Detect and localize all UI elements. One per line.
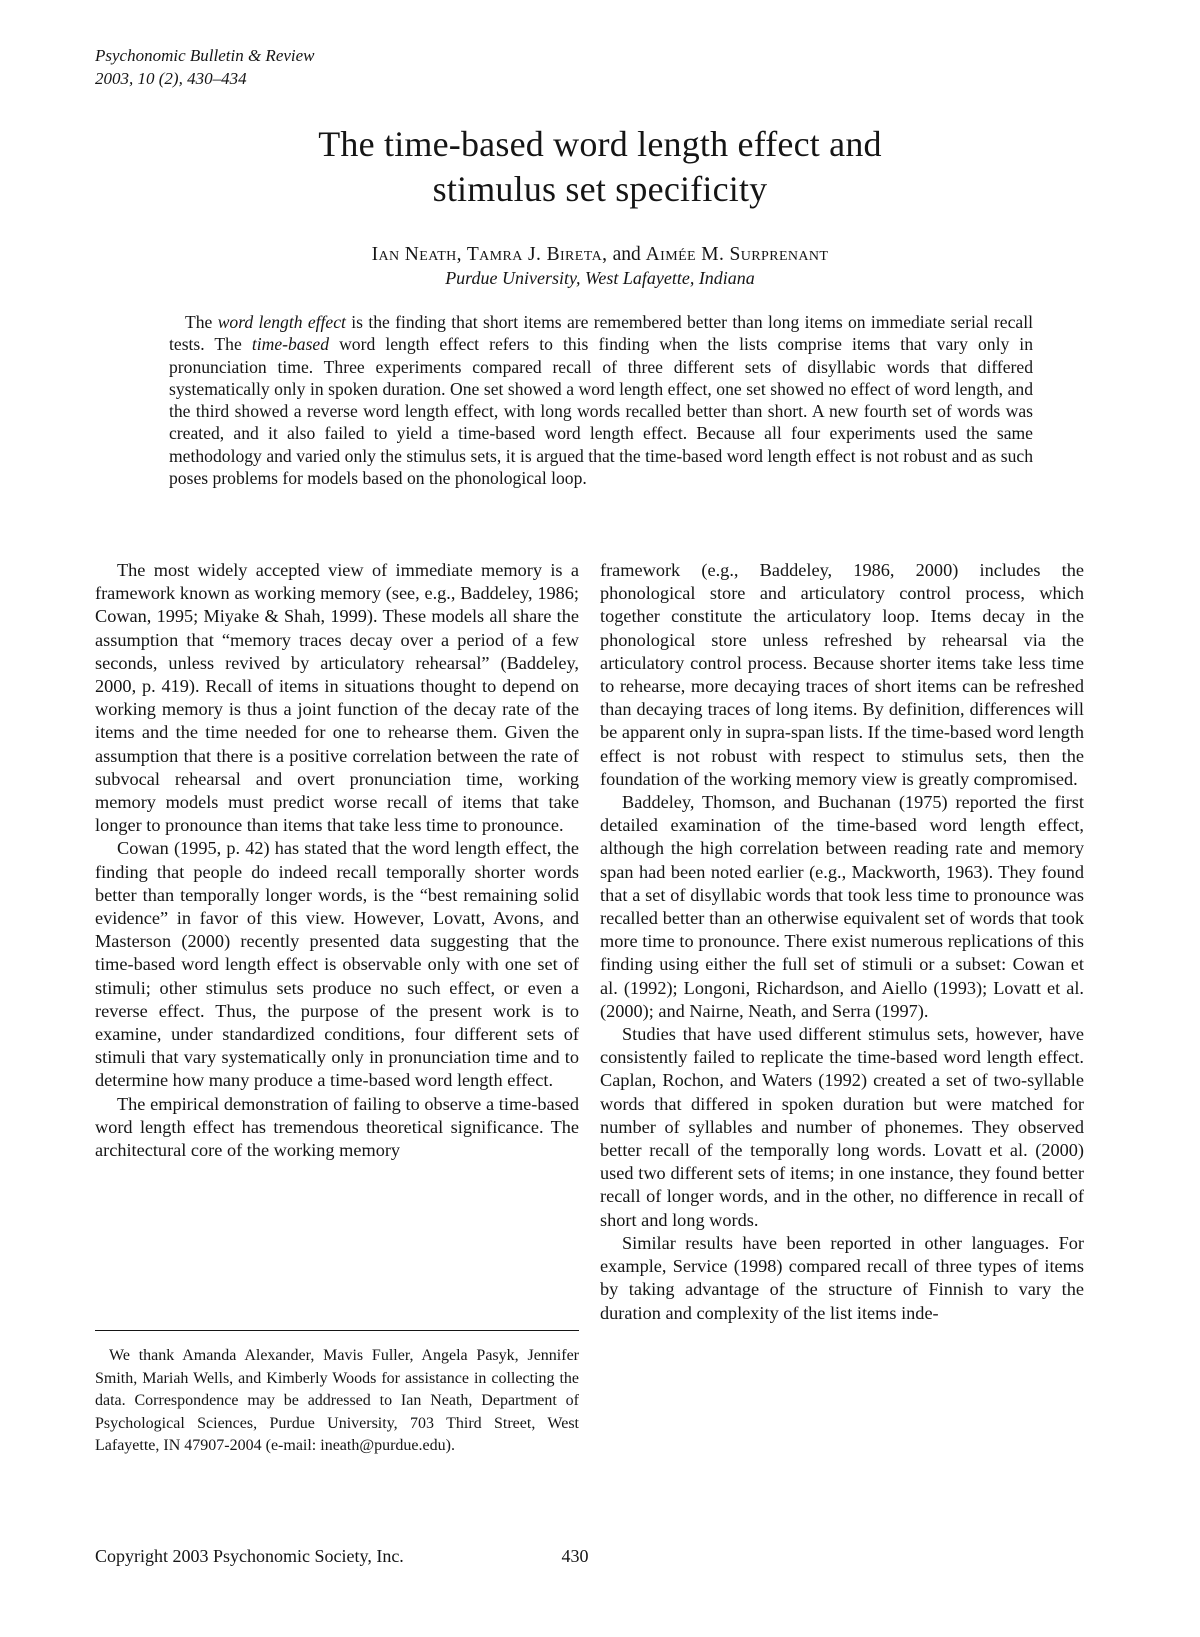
body-paragraph: Similar results have been reported in ot…	[600, 1232, 1084, 1325]
page-number: 430	[0, 1546, 1150, 1567]
left-column: The most widely accepted view of immedia…	[95, 559, 579, 1325]
journal-issue: 2003, 10 (2), 430–434	[95, 67, 315, 90]
body-paragraph: framework (e.g., Baddeley, 1986, 2000) i…	[600, 559, 1084, 791]
footnote-divider	[95, 1330, 579, 1331]
body-paragraph: The most widely accepted view of immedia…	[95, 559, 579, 837]
author-note: We thank Amanda Alexander, Mavis Fuller,…	[95, 1345, 579, 1458]
right-column: framework (e.g., Baddeley, 1986, 2000) i…	[600, 559, 1084, 1325]
paper-title-line-1: The time-based word length effect and	[0, 122, 1200, 167]
abstract: The word length effect is the finding th…	[169, 311, 1033, 489]
body-paragraph: The empirical demonstration of failing t…	[95, 1093, 579, 1163]
body-columns: The most widely accepted view of immedia…	[95, 559, 1084, 1325]
body-paragraph: Cowan (1995, p. 42) has stated that the …	[95, 837, 579, 1092]
affiliation: Purdue University, West Lafayette, India…	[0, 268, 1200, 289]
authors-line: Ian Neath, Tamra J. Bireta, and Aimée M.…	[0, 244, 1200, 266]
footnote-block: We thank Amanda Alexander, Mavis Fuller,…	[95, 1330, 579, 1458]
body-paragraph: Baddeley, Thomson, and Buchanan (1975) r…	[600, 791, 1084, 1023]
body-paragraph: Studies that have used different stimulu…	[600, 1023, 1084, 1232]
journal-name: Psychonomic Bulletin & Review	[95, 44, 315, 67]
paper-title-line-2: stimulus set specificity	[0, 167, 1200, 212]
paper-title: The time-based word length effect and st…	[0, 122, 1200, 212]
journal-header: Psychonomic Bulletin & Review 2003, 10 (…	[95, 44, 315, 90]
paper-page: Psychonomic Bulletin & Review 2003, 10 (…	[0, 0, 1200, 1637]
